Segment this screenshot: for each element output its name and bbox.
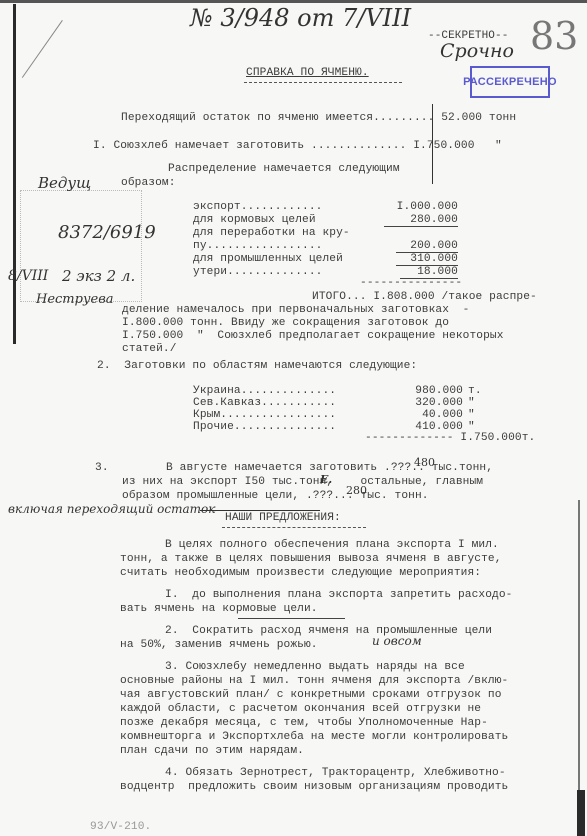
- dist-total: ИТОГО... I.808.000 /такое распре-: [312, 291, 537, 303]
- dist-label: для кормовых целей: [193, 214, 316, 226]
- title-underline: [244, 82, 402, 83]
- regions-heading: 2. Заготовки по областям намечаются след…: [97, 360, 417, 372]
- proposals-intro: тонн, а также в целях повышения вывоза я…: [120, 553, 502, 565]
- declassified-stamp: РАССЕКРЕЧЕНО: [470, 66, 550, 98]
- dist-label: для переработки на кру-: [193, 227, 350, 239]
- margin-note-4: 2 экз 2 л.: [62, 267, 135, 285]
- region-unit: ": [468, 409, 475, 421]
- hand-underline: [200, 510, 320, 511]
- region-label: Украина..............: [193, 385, 336, 397]
- region-unit: т.: [468, 385, 482, 397]
- dist-separator: ---------------: [360, 277, 462, 289]
- margin-note-1: Ведущ: [38, 174, 91, 192]
- dist-label: утери..............: [193, 266, 322, 278]
- dist-label: экспорт............: [193, 201, 322, 213]
- proposal-3: 3. Союзхлебу немедленно выдать наряды на…: [165, 661, 465, 673]
- dist-note: I.800.000 тонн. Ввиду же сокращения заго…: [122, 317, 449, 329]
- dist-note: статей./: [122, 343, 177, 355]
- handwritten-page-number: 83: [530, 14, 578, 58]
- handwritten-urgent: Срочно: [440, 40, 514, 62]
- region-value: 980.000: [395, 385, 463, 397]
- dist-note: деление намечалось при первоначальных за…: [122, 304, 470, 316]
- document-title: СПРАВКА ПО ЯЧМЕНЮ.: [246, 67, 369, 79]
- hand-underline: [238, 618, 345, 619]
- scan-right-block: [577, 790, 585, 836]
- dist-value: 280.000: [386, 214, 458, 226]
- proposal-4: 4. Обязать Зернотрест, Тракторацентр, Хл…: [165, 767, 506, 779]
- proposal-1: вать ячмень на кормовые цели.: [120, 603, 318, 615]
- handwritten-august-total: 480: [414, 456, 435, 469]
- proposals-underline: [222, 527, 366, 528]
- pen-stroke: [432, 104, 433, 184]
- august-number: 3.: [95, 462, 109, 474]
- hand-underline: [384, 226, 458, 227]
- handwritten-ref-number: № 3/948 от 7/VIII: [190, 4, 411, 32]
- proposal-3: комвнешторга и Экспортхлеба на месте мог…: [120, 731, 508, 743]
- proposal-2: 2. Сократить расход ячменя на промышленн…: [165, 625, 492, 637]
- handwritten-export-mark: Е.: [320, 473, 332, 486]
- proposal-3: чая августовский план/ с конкретными сро…: [120, 689, 502, 701]
- proposal-3: основные районы на I мил. тонн ячменя дл…: [120, 675, 508, 687]
- scan-right-edge: [578, 500, 580, 836]
- hand-underline: [396, 252, 458, 253]
- dist-value: 200.000: [386, 240, 458, 252]
- august-line: из них на экспорт I50 тыс.тонн, остальны…: [122, 476, 483, 488]
- regions-total: ------------- I.750.000т.: [365, 432, 535, 444]
- region-label: Сев.Кавказ...........: [193, 397, 336, 409]
- proposal-3: план сдачи по этим нарядам.: [120, 745, 304, 757]
- proposals-intro: считать необходимым произвести следующие…: [120, 567, 481, 579]
- margin-note-3: 8/VIII: [8, 268, 48, 284]
- margin-note-5: Неструева: [36, 292, 114, 307]
- region-label: Крым.................: [193, 409, 336, 421]
- margin-note-2: 8372/6919: [58, 222, 156, 243]
- proposal-2: на 50%, заменив ячмень рожью.: [120, 639, 318, 651]
- scan-top-edge: [0, 0, 587, 3]
- region-label: Прочие...............: [193, 421, 336, 433]
- distribution-lead-2: образом:: [121, 177, 176, 189]
- item1-line: I. Союзхлеб намечает заготовить ........…: [93, 140, 502, 152]
- hand-underline: [396, 265, 458, 266]
- region-value: 40.000: [395, 409, 463, 421]
- region-value: 320.000: [395, 397, 463, 409]
- proposal-4: водцентр предложить своим низовым органи…: [120, 781, 508, 793]
- handwritten-august-other: 280: [346, 484, 367, 497]
- dist-value: 310.000: [386, 253, 458, 265]
- proposal-1: I. до выполнения плана экспорта запретит…: [165, 589, 513, 601]
- proposals-heading: НАШИ ПРЕДЛОЖЕНИЯ:: [225, 512, 341, 524]
- dist-label: пу.................: [193, 240, 322, 252]
- proposal-3: позже декабря месяца, с тем, чтобы Уполн…: [120, 717, 488, 729]
- dist-note: I.750.000 " Союзхлеб предполагает сокращ…: [122, 330, 504, 342]
- scan-left-edge: [13, 4, 16, 344]
- august-line: образом промышленные цели, .???... тыс. …: [122, 490, 429, 502]
- region-unit: ": [468, 397, 475, 409]
- dist-label: для промышленных целей: [193, 253, 343, 265]
- handwritten-rye-note: и овсом: [372, 634, 422, 648]
- distribution-lead: Распределение намечается следующим: [168, 163, 400, 175]
- proposal-3: каждой области, с расчетом окончания все…: [120, 703, 481, 715]
- handwritten-side-note: включая переходящий остаток: [8, 502, 215, 516]
- proposals-intro: В целях полного обеспечения плана экспор…: [165, 539, 499, 551]
- carryover-line: Переходящий остаток по ячменю имеется...…: [121, 112, 516, 124]
- registration-stamp: [20, 190, 142, 302]
- dist-value: I.000.000: [386, 201, 458, 213]
- pencil-stroke: [22, 20, 63, 78]
- footer-code: 93/V-210.: [90, 821, 151, 833]
